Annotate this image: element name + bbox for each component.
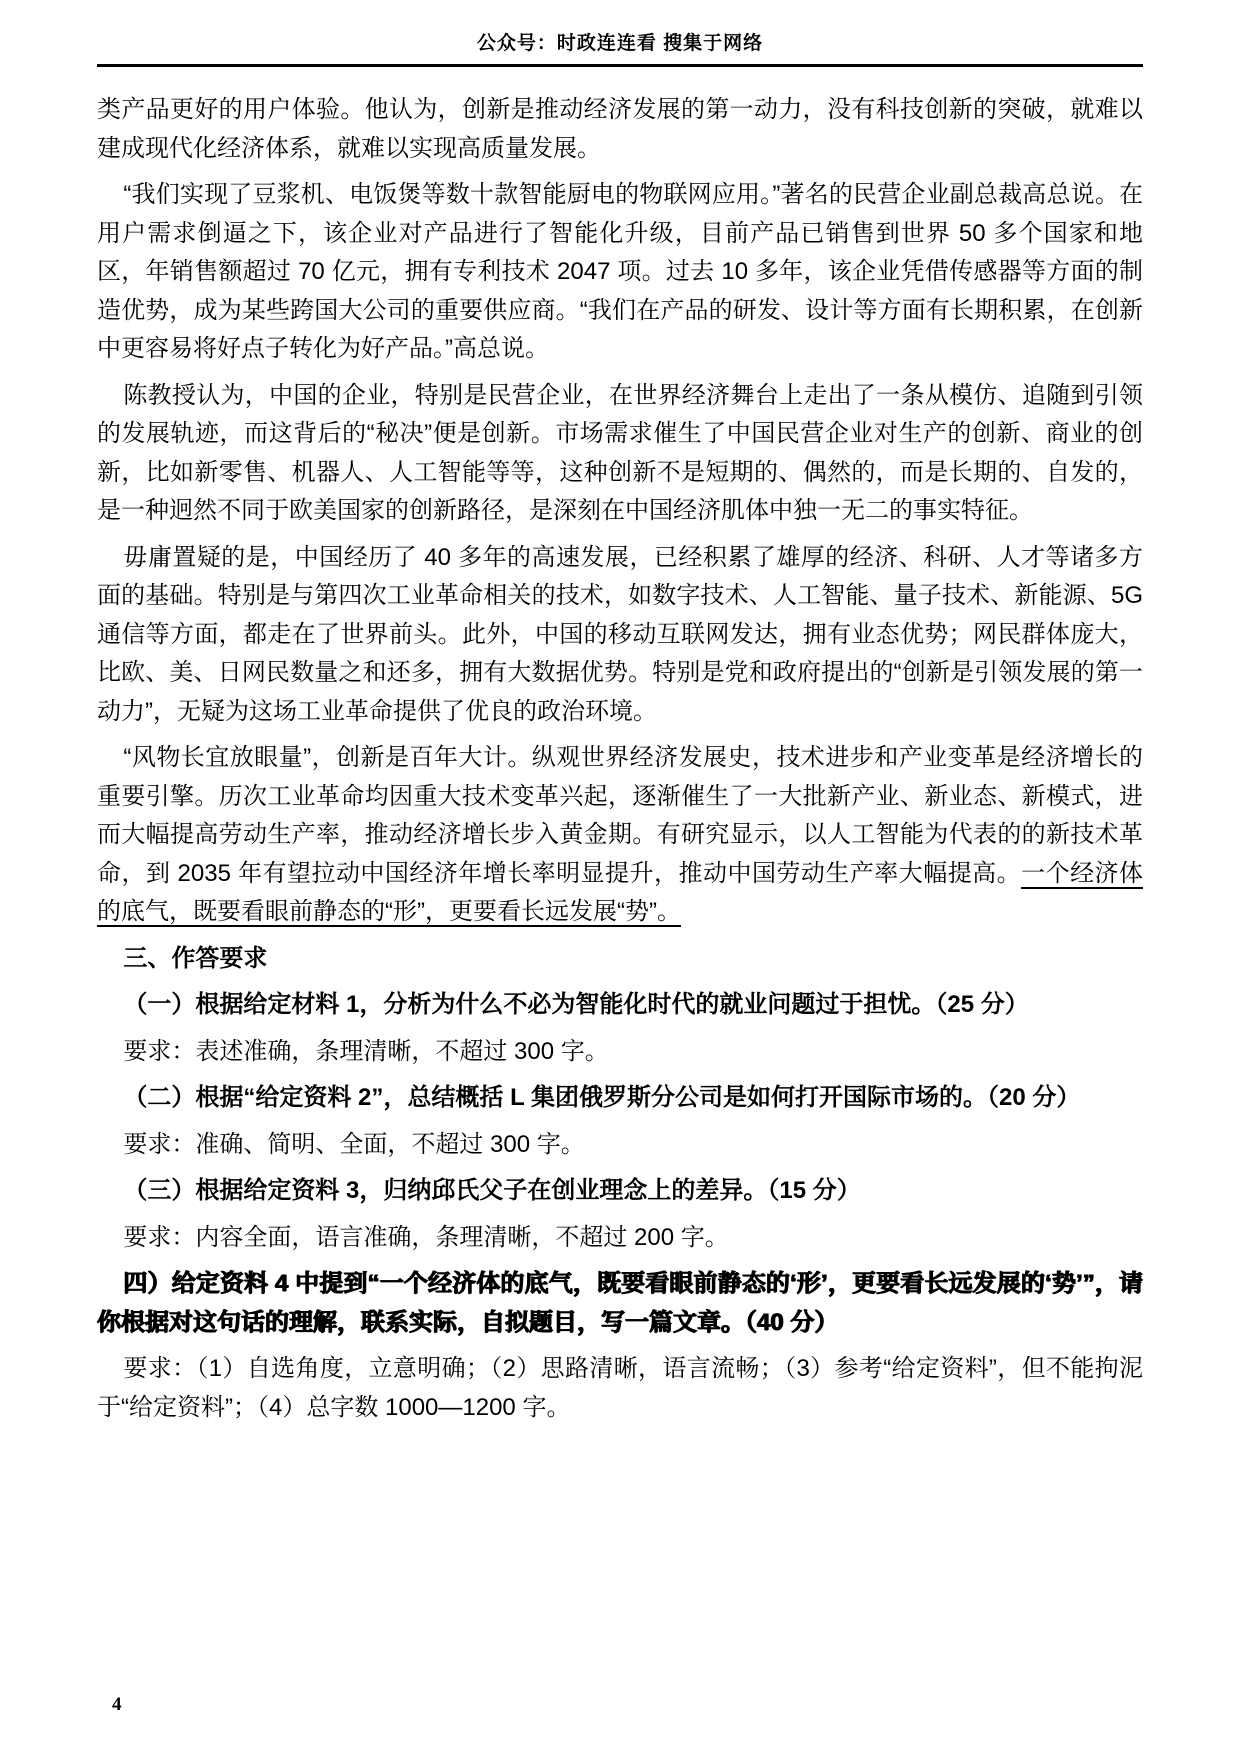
question-1: （一）根据给定材料 1，分析为什么不必为智能化时代的就业问题过于担忧。（25 分… bbox=[97, 986, 1143, 1025]
document-page: 公众号：时政连连看 搜集于网络 类产品更好的用户体验。他认为，创新是推动经济发展… bbox=[0, 0, 1240, 1754]
question-3: （三）根据给定资料 3，归纳邱氏父子在创业理念上的差异。（15 分） bbox=[97, 1172, 1143, 1211]
page-header-title: 公众号：时政连连看 搜集于网络 bbox=[97, 28, 1143, 64]
question-4-requirement: 要求：（1）自选角度，立意明确；（2）思路清晰，语言流畅；（3）参考“给定资料”… bbox=[97, 1350, 1143, 1427]
paragraph-long-view-text: “风物长宜放眼量”，创新是百年大计。纵观世界经济发展史，技术进步和产业变革是经济… bbox=[97, 744, 1143, 887]
header-divider bbox=[97, 64, 1143, 67]
paragraph-long-view: “风物长宜放眼量”，创新是百年大计。纵观世界经济发展史，技术进步和产业变革是经济… bbox=[97, 739, 1143, 932]
section-heading-answer-requirements: 三、作答要求 bbox=[97, 940, 1143, 979]
question-4: 四）给定资料 4 中提到“一个经济体的底气，既要看眼前静态的‘形’，更要看长远发… bbox=[97, 1265, 1143, 1342]
paragraph-china-foundation: 毋庸置疑的是，中国经历了 40 多年的高速发展，已经积累了雄厚的经济、科研、人才… bbox=[97, 539, 1143, 732]
document-body: 类产品更好的用户体验。他认为，创新是推动经济发展的第一动力，没有科技创新的突破，… bbox=[97, 91, 1143, 1427]
paragraph-continuation: 类产品更好的用户体验。他认为，创新是推动经济发展的第一动力，没有科技创新的突破，… bbox=[97, 91, 1143, 168]
paragraph-professor-chen: 陈教授认为，中国的企业，特别是民营企业，在世界经济舞台上走出了一条从模仿、追随到… bbox=[97, 377, 1143, 531]
question-1-requirement: 要求：表述准确，条理清晰，不超过 300 字。 bbox=[97, 1033, 1143, 1072]
question-3-requirement: 要求：内容全面，语言准确，条理清晰，不超过 200 字。 bbox=[97, 1219, 1143, 1258]
question-2: （二）根据“给定资料 2”，总结概括 L 集团俄罗斯分公司是如何打开国际市场的。… bbox=[97, 1079, 1143, 1118]
paragraph-enterprise-iot: “我们实现了豆浆机、电饭煲等数十款智能厨电的物联网应用。”著名的民营企业副总裁高… bbox=[97, 176, 1143, 369]
page-number: 4 bbox=[112, 1694, 122, 1716]
question-2-requirement: 要求：准确、简明、全面，不超过 300 字。 bbox=[97, 1126, 1143, 1165]
